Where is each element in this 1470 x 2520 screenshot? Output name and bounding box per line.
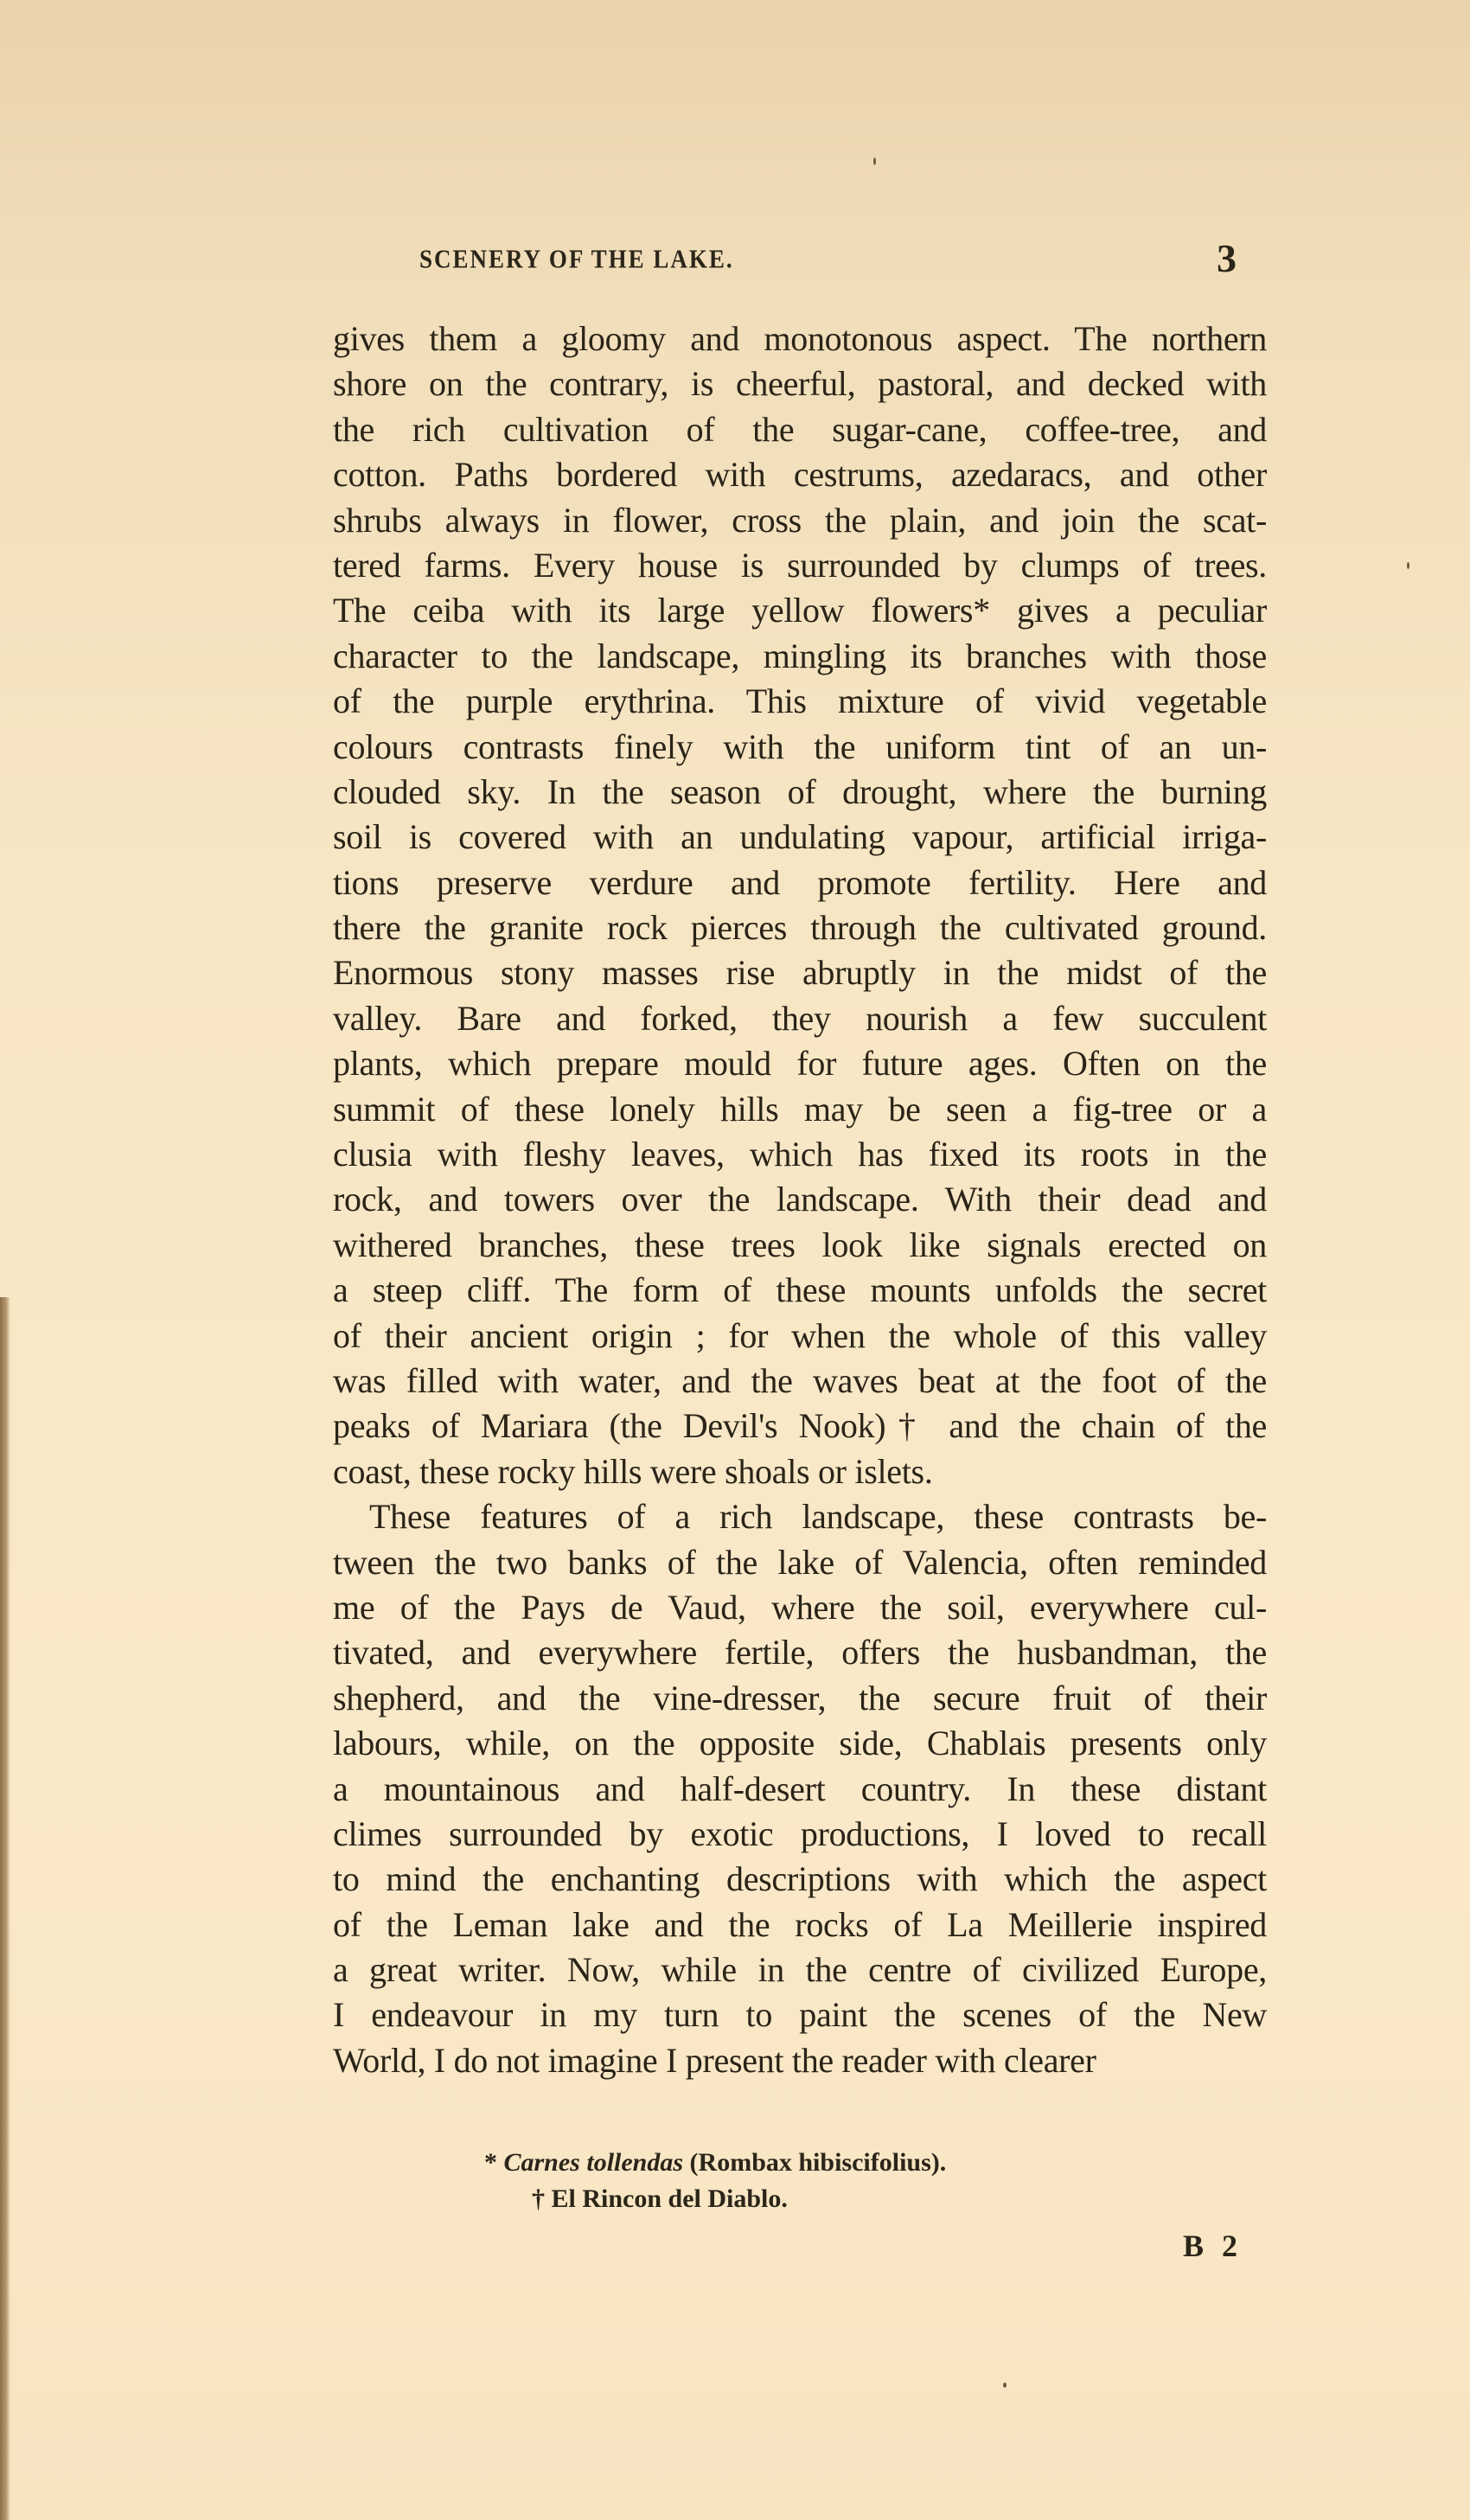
text-line: cotton. Paths bordered with cestrums, az… [333,452,1267,497]
text-line: plants, which prepare mould for future a… [333,1041,1267,1086]
text-line: coast, these rocky hills were shoals or … [333,1449,1267,1494]
footnote-mark: * [484,2148,497,2177]
text-line: a mountainous and half-desert country. I… [333,1767,1267,1812]
text-line: I endeavour in my turn to paint the scen… [333,1992,1267,2037]
text-line: tween the two banks of the lake of Valen… [333,1540,1267,1585]
paper-speck [873,157,876,165]
text-line: tions preserve verdure and promote ferti… [333,860,1267,905]
text-line: climes surrounded by exotic productions,… [333,1812,1267,1857]
text-line: World, I do not imagine I present the re… [333,2038,1267,2083]
footnotes: * Carnes tollendas (Rombax hibiscifolius… [484,2145,1176,2217]
text-line: of their ancient origin ; for when the w… [333,1314,1267,1359]
running-title: SCENERY OF THE LAKE. [419,244,734,275]
text-line: character to the landscape, mingling its… [333,634,1267,679]
text-line: shrubs always in flower, cross the plain… [333,498,1267,543]
footnote-text: (Rombax hibiscifolius). [683,2148,946,2177]
paper-speck [1407,562,1409,569]
text-line: rock, and towers over the landscape. Wit… [333,1177,1267,1222]
text-line: soil is covered with an undulating vapou… [333,815,1267,860]
text-line: colours contrasts finely with the unifor… [333,725,1267,770]
footnote-mark: † [532,2184,545,2213]
text-line: clouded sky. In the season of drought, w… [333,770,1267,815]
footnote-2: † El Rincon del Diablo. [484,2181,1176,2217]
text-line: valley. Bare and forked, they nourish a … [333,996,1267,1041]
text-line: tered farms. Every house is surrounded b… [333,543,1267,588]
text-line: peaks of Mariara (the Devil's Nook)† and… [333,1404,1267,1449]
text-line: tivated, and everywhere fertile, offers … [333,1630,1267,1675]
text-line: a great writer. Now, while in the centre… [333,1948,1267,1992]
text-line: The ceiba with its large yellow flowers*… [333,588,1267,633]
text-line: summit of these lonely hills may be seen… [333,1087,1267,1132]
text-line: of the Leman lake and the rocks of La Me… [333,1903,1267,1948]
body-text: gives them a gloomy and monotonous aspec… [333,317,1267,2083]
text-line: was filled with water, and the waves bea… [333,1359,1267,1404]
footnote-1: * Carnes tollendas (Rombax hibiscifolius… [484,2145,1176,2181]
text-line: a steep cliff. The form of these mounts … [333,1268,1267,1313]
text-line: of the purple erythrina. This mixture of… [333,679,1267,724]
text-line: labours, while, on the opposite side, Ch… [333,1721,1267,1766]
text-line: to mind the enchanting descriptions with… [333,1857,1267,1902]
page-edge-shadow [0,1297,10,2520]
running-head: SCENERY OF THE LAKE. 3 [419,235,1284,287]
text-line: withered branches, these trees look like… [333,1223,1267,1268]
text-line: shore on the contrary, is cheerful, past… [333,361,1267,406]
text-line: there the granite rock pierces through t… [333,905,1267,950]
text-line: These features of a rich landscape, thes… [333,1494,1267,1539]
text-line: me of the Pays de Vaud, where the soil, … [333,1585,1267,1630]
signature-mark: B 2 [1183,2228,1243,2264]
text-line: shepherd, and the vine-dresser, the secu… [333,1676,1267,1721]
footnote-text: El Rincon del Diablo. [545,2184,788,2213]
text-line: gives them a gloomy and monotonous aspec… [333,317,1267,361]
text-line: clusia with fleshy leaves, which has fix… [333,1132,1267,1177]
text-line: Enormous stony masses rise abruptly in t… [333,950,1267,995]
page-number: 3 [1217,235,1237,281]
footnote-italic: Carnes tollendas [504,2148,684,2177]
text-line: the rich cultivation of the sugar-cane, … [333,407,1267,452]
paper-speck [1003,2382,1007,2388]
